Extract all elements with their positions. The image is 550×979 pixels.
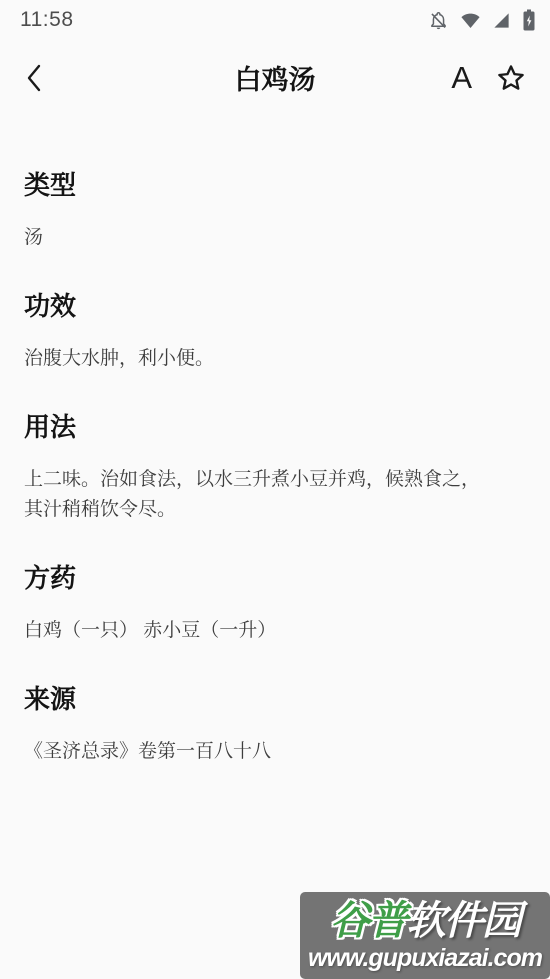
clock: 11:58 [20,8,74,32]
status-bar: 11:58 [0,0,550,40]
section-prescription: 方药 白鸡（一只） 赤小豆（一升） [24,561,526,646]
section-label: 功效 [24,289,526,323]
detail-content: 类型 汤 功效 治腹大水肿，利小便。 用法 上二味。治如食法，以水三升煮小豆并鸡… [0,115,550,767]
section-value: 《圣济总录》卷第一百八十八 [24,737,496,767]
watermark-badge: 谷普软件园 www.gupuxiazai.com [300,892,550,979]
watermark-logo-green: 谷普 [330,899,406,943]
wifi-icon [460,10,481,31]
watermark-logo: 谷普软件园 [330,899,520,943]
back-button[interactable] [24,58,58,98]
section-effect: 功效 治腹大水肿，利小便。 [24,289,526,374]
cellular-signal-icon [492,11,511,30]
section-source: 来源 《圣济总录》卷第一百八十八 [24,682,526,767]
watermark-logo-white: 软件园 [406,899,520,943]
section-label: 用法 [24,410,526,444]
watermark-url: www.gupuxiazai.com [308,943,542,973]
chevron-left-icon [24,62,44,94]
section-label: 类型 [24,168,526,202]
section-value: 上二味。治如食法，以水三升煮小豆并鸡，候熟食之，其汁稍稍饮令尽。 [24,465,496,525]
section-usage: 用法 上二味。治如食法，以水三升煮小豆并鸡，候熟食之，其汁稍稍饮令尽。 [24,410,526,525]
section-type: 类型 汤 [24,168,526,253]
favorite-button[interactable] [496,63,526,93]
section-label: 来源 [24,682,526,716]
notifications-off-icon [428,10,449,31]
font-size-button[interactable]: A [451,62,472,93]
nav-actions: A [451,62,526,93]
battery-charging-icon [522,8,536,32]
section-value: 汤 [24,223,496,253]
section-label: 方药 [24,561,526,595]
star-icon [496,63,526,93]
section-value: 白鸡（一只） 赤小豆（一升） [24,616,496,646]
section-value: 治腹大水肿，利小便。 [24,344,496,374]
nav-bar: 白鸡汤 A [0,40,550,115]
status-icons [428,8,536,32]
